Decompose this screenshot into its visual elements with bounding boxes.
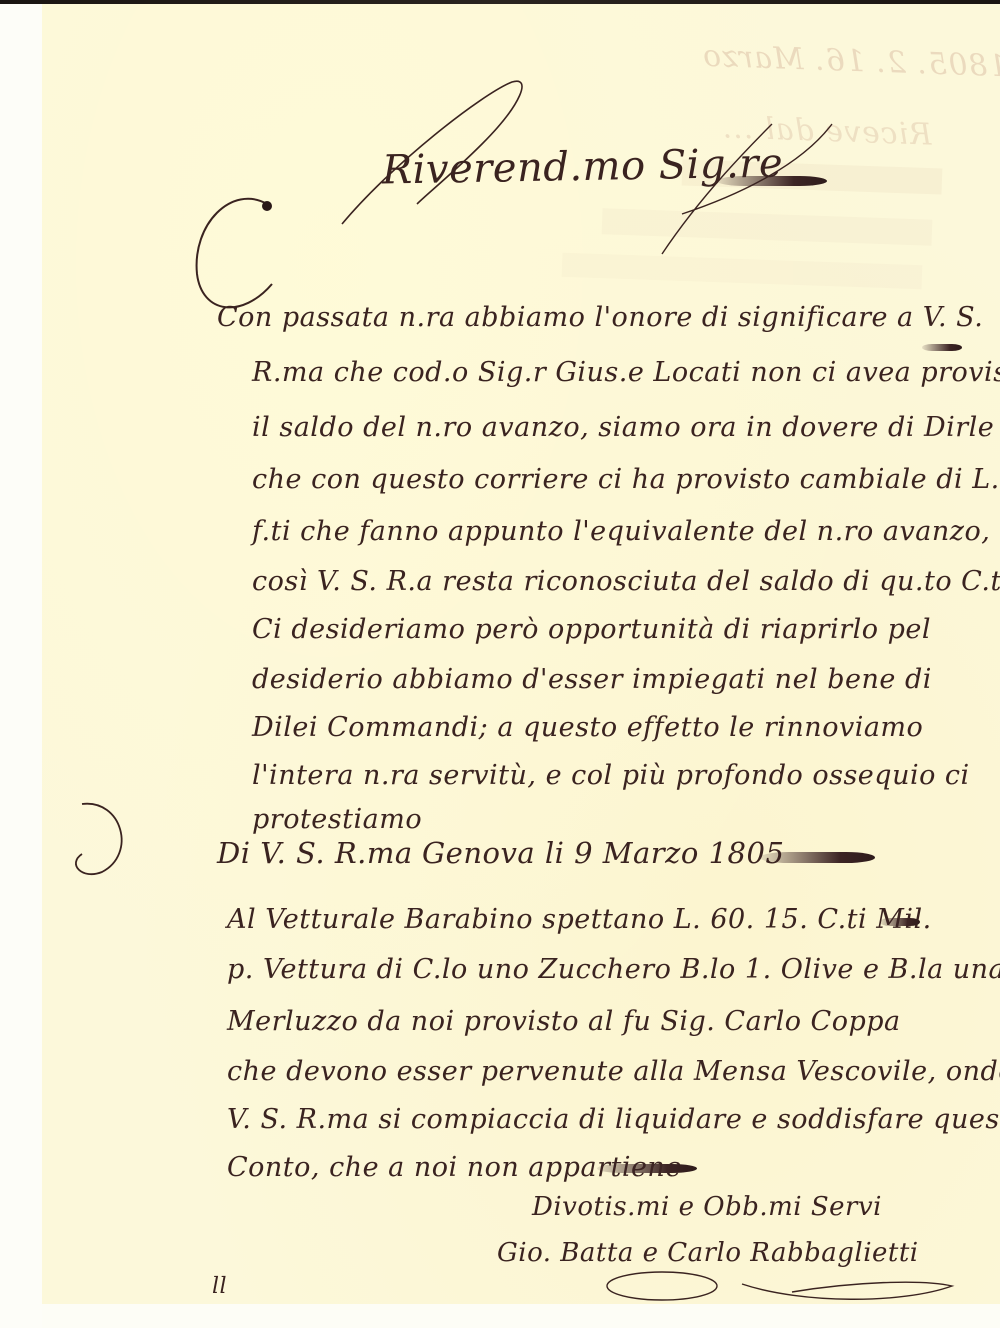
body-line: Dilei Commandi; a questo effetto le rinn… bbox=[252, 712, 923, 743]
postscript-line: che devono esser pervenute alla Mensa Ve… bbox=[227, 1056, 1000, 1087]
signature-flourish bbox=[602, 1264, 1000, 1314]
postscript-line: Merluzzo da noi provisto al fu Sig. Carl… bbox=[227, 1006, 901, 1037]
decorative-capital-d bbox=[62, 794, 142, 884]
place-date: Genova li 9 Marzo 1805 bbox=[422, 836, 784, 870]
body-line: il saldo del n.ro avanzo, siamo ora in d… bbox=[252, 412, 994, 443]
body-line: desiderio abbiamo d'esser impiegati nel … bbox=[252, 664, 932, 695]
body-line: R.ma che cod.o Sig.r Gius.e Locati non c… bbox=[252, 357, 1000, 388]
letter-paper: 1805. 2. 16. Marzo Riceve dal ... Rivere… bbox=[42, 4, 1000, 1304]
body-line: Ci desideriamo però opportunità di riapr… bbox=[252, 614, 931, 645]
body-line: che con questo corriere ci ha provisto c… bbox=[252, 464, 1000, 495]
postscript-line: p. Vettura di C.lo uno Zucchero B.lo 1. … bbox=[227, 954, 1000, 985]
body-line: protestiamo bbox=[252, 804, 422, 835]
body-line: f.ti che fanno appunto l'equivalente del… bbox=[252, 516, 990, 547]
flourish-capital-r bbox=[332, 74, 552, 244]
ink-flourish-dash bbox=[922, 344, 962, 351]
closing-prefix: Di V. S. R.ma bbox=[217, 836, 413, 870]
margin-mark: ll bbox=[212, 1274, 227, 1299]
bleed-through-line: 1805. 2. 16. Marzo bbox=[701, 39, 1000, 85]
valediction: Divotis.mi e Obb.mi Servi bbox=[532, 1192, 882, 1222]
ink-flourish-dash bbox=[760, 852, 875, 863]
scan-left-margin bbox=[0, 4, 42, 1328]
ink-flourish-dash bbox=[597, 1164, 697, 1173]
body-line: Con passata n.ra abbiamo l'onore di sign… bbox=[217, 302, 983, 333]
postscript-line: V. S. R.ma si compiaccia di liquidare e … bbox=[227, 1104, 1000, 1135]
ink-flourish-dash bbox=[880, 918, 920, 926]
postscript-line: Al Vetturale Barabino spettano L. 60. 15… bbox=[227, 904, 932, 935]
body-line: l'intera n.ra servitù, e col più profond… bbox=[252, 760, 970, 791]
body-line: così V. S. R.a resta riconosciuta del sa… bbox=[252, 566, 1000, 597]
flourish-swash bbox=[642, 104, 842, 264]
